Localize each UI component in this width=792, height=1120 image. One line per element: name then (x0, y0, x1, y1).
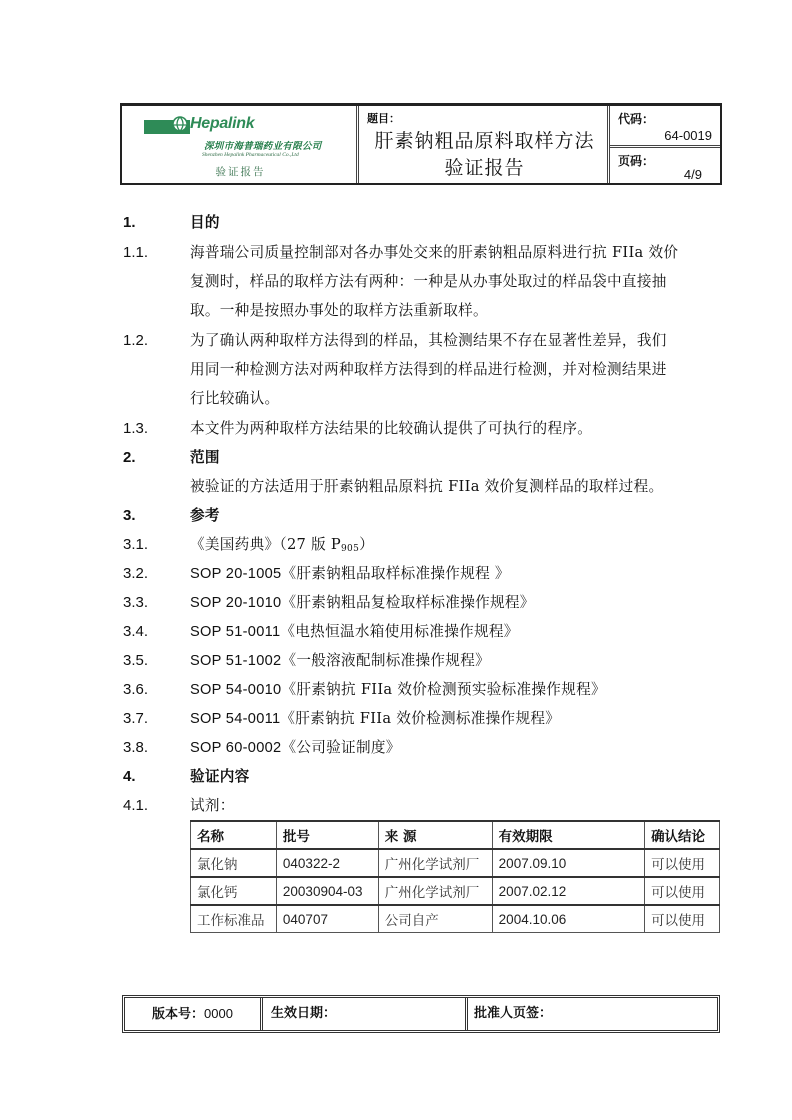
table-row: 氯化钠 040322-2 广州化学试剂厂 2007.09.10 可以使用 (191, 849, 720, 877)
logo-company-cn: 深圳市海普瑞药业有限公司 (204, 138, 322, 152)
para-number: 4.1. (123, 791, 183, 820)
page-cell: 页码： 4/9 (610, 148, 720, 184)
ref-number: 3.4. (123, 617, 183, 646)
para-number: 1.2. (123, 326, 183, 355)
ref-number: 3.3. (123, 588, 183, 617)
ref-text: SOP 54-0010《肝素钠抗 FIIa 效价检测预实验标准操作规程》 (190, 675, 720, 705)
para-line: 为了确认两种取样方法得到的样品，其检测结果不存在显著性差异，我们 (190, 326, 720, 355)
ref-number: 3.2. (123, 559, 183, 588)
page-number: 4/9 (684, 167, 702, 182)
approver-cell: 批准人页签： (468, 998, 717, 1030)
document-title: 肝素钠粗品原料取样方法 验证报告 (359, 128, 610, 182)
approver-label: 批准人页签： (474, 1006, 552, 1021)
section-title: 验证内容 (190, 762, 720, 791)
hepalink-globe-icon (172, 116, 188, 132)
logo-cell: Hepalink 深圳市海普瑞药业有限公司 Shenzhen Hepalink … (122, 106, 359, 183)
document-footer: 版本号：0000 生效日期： 批准人页签： (122, 995, 720, 1033)
ref-text: SOP 51-0011《电热恒温水箱使用标准操作规程》 (190, 617, 720, 647)
title-line-1: 肝素钠粗品原料取样方法 (359, 128, 610, 155)
cell-source: 公司自产 (378, 905, 492, 933)
effective-date-cell: 生效日期： (263, 998, 468, 1030)
para-text: 本文件为两种取样方法结果的比较确认提供了可执行的程序。 (190, 414, 720, 443)
ref-text: SOP 20-1010《肝素钠粗品复检取样标准操作规程》 (190, 588, 720, 618)
col-header-source: 来 源 (378, 821, 492, 849)
para-number: 1.1. (123, 238, 183, 267)
table-row: 氯化钙 20030904-03 广州化学试剂厂 2007.02.12 可以使用 (191, 877, 720, 905)
section-title: 范围 (190, 443, 720, 472)
ref-text: SOP 20-1005《肝素钠粗品取样标准操作规程 》 (190, 559, 720, 589)
ref-number: 3.5. (123, 646, 183, 675)
logo-company-en: Shenzhen Hepalink Pharmaceutical Co.,Ltd (202, 152, 299, 158)
cell-conclusion: 可以使用 (645, 849, 720, 877)
cell-name: 氯化钠 (191, 849, 277, 877)
cell-source: 广州化学试剂厂 (378, 849, 492, 877)
cell-batch: 20030904-03 (276, 877, 378, 905)
cell-expiry: 2007.09.10 (492, 849, 644, 877)
ref-text: SOP 60-0002《公司验证制度》 (190, 733, 720, 763)
page-label: 页码： (618, 152, 654, 169)
reagent-table: 名称 批号 来 源 有效期限 确认结论 氯化钠 040322-2 广州化学试剂厂… (190, 820, 720, 933)
document-header: Hepalink 深圳市海普瑞药业有限公司 Shenzhen Hepalink … (120, 103, 722, 185)
cell-conclusion: 可以使用 (645, 877, 720, 905)
para-line: 海普瑞公司质量控制部对各办事处交来的肝素钠粗品原料进行抗 FIIa 效价 (190, 238, 720, 267)
ref-number: 3.7. (123, 704, 183, 733)
version-value: 0000 (204, 1006, 233, 1021)
code-label: 代码： (618, 110, 654, 127)
para-line: 复测时，样品的取样方法有两种：一种是从办事处取过的样品袋中直接抽 (190, 267, 720, 296)
section-number: 2. (123, 443, 183, 472)
para-text: 海普瑞公司质量控制部对各办事处交来的肝素钠粗品原料进行抗 FIIa 效价 复测时… (190, 238, 720, 325)
cell-conclusion: 可以使用 (645, 905, 720, 933)
section-number: 3. (123, 501, 183, 530)
ref-text: SOP 54-0011《肝素钠抗 FIIa 效价检测标准操作规程》 (190, 704, 720, 734)
table-row: 工作标准品 040707 公司自产 2004.10.06 可以使用 (191, 905, 720, 933)
cell-source: 广州化学试剂厂 (378, 877, 492, 905)
ref-number: 3.1. (123, 530, 183, 559)
col-header-batch: 批号 (276, 821, 378, 849)
logo-brand: Hepalink (190, 115, 254, 133)
col-header-name: 名称 (191, 821, 277, 849)
para-text: 试剂： (190, 791, 720, 820)
ref-number: 3.8. (123, 733, 183, 762)
para-text: 为了确认两种取样方法得到的样品，其检测结果不存在显著性差异，我们 用同一种检测方… (190, 326, 720, 413)
effective-date-label: 生效日期： (271, 1006, 336, 1021)
table-header-row: 名称 批号 来 源 有效期限 确认结论 (191, 821, 720, 849)
title-line-2: 验证报告 (359, 155, 610, 182)
cell-batch: 040707 (276, 905, 378, 933)
version-label: 版本号： (152, 1007, 204, 1022)
para-line: 行比较确认。 (190, 384, 720, 413)
section-title: 参考 (190, 501, 720, 530)
cell-name: 氯化钙 (191, 877, 277, 905)
section-title: 目的 (190, 208, 720, 237)
section-number: 4. (123, 762, 183, 791)
version-cell: 版本号：0000 (125, 998, 263, 1030)
cell-expiry: 2007.02.12 (492, 877, 644, 905)
para-line: 取。一种是按照办事处的取样方法重新取样。 (190, 296, 720, 325)
para-line: 用同一种检测方法对两种取样方法得到的样品进行检测，并对检测结果进 (190, 355, 720, 384)
code-value: 64-0019 (664, 128, 712, 143)
title-label: 题目： (367, 110, 400, 126)
ref-number: 3.6. (123, 675, 183, 704)
cell-expiry: 2004.10.06 (492, 905, 644, 933)
section-number: 1. (123, 208, 183, 237)
col-header-expiry: 有效期限 (492, 821, 644, 849)
cell-batch: 040322-2 (276, 849, 378, 877)
title-cell: 题目： 肝素钠粗品原料取样方法 验证报告 (359, 106, 610, 183)
logo-doc-type: 验证报告 (122, 164, 359, 179)
ref-text: SOP 51-1002《一般溶液配制标准操作规程》 (190, 646, 720, 676)
para-number: 1.3. (123, 414, 183, 443)
para-text: 被验证的方法适用于肝素钠粗品原料抗 FIIa 效价复测样品的取样过程。 (190, 472, 720, 501)
cell-name: 工作标准品 (191, 905, 277, 933)
code-cell: 代码： 64-0019 (610, 106, 720, 148)
col-header-conclusion: 确认结论 (645, 821, 720, 849)
